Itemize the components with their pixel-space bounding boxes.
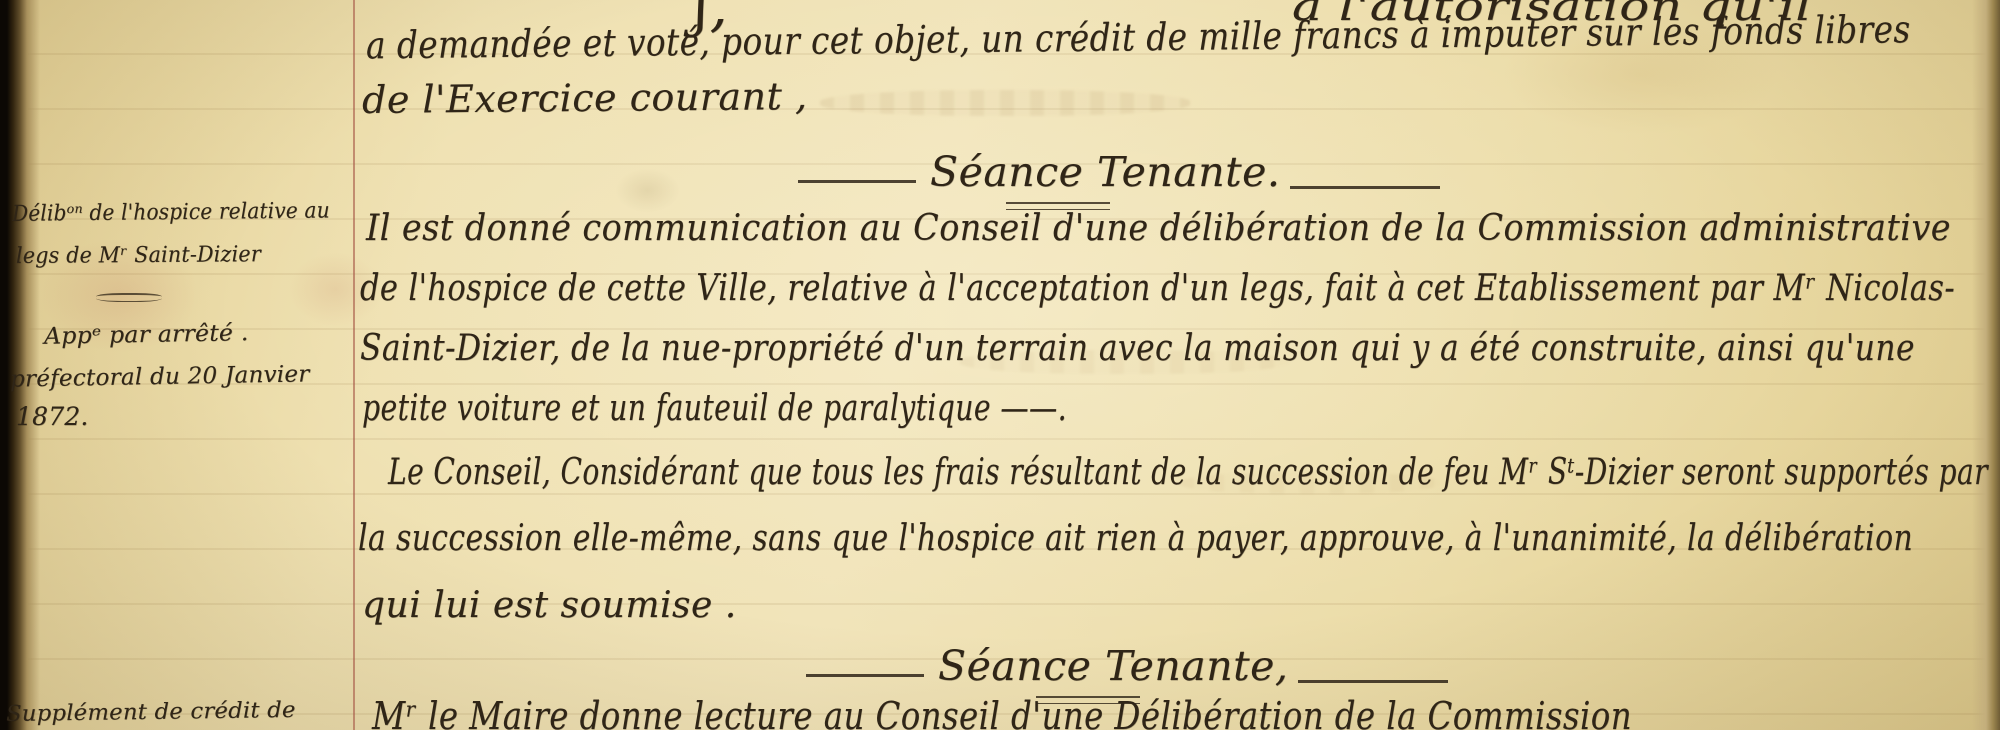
stain	[615, 168, 680, 213]
paragraph-1-line-2: de l'hospice de cette Ville, relative à …	[360, 268, 2000, 309]
manuscript-line-text: la succession elle-même, sans que l'hosp…	[358, 518, 1913, 559]
bottom-cut-line: Mʳ le Maire donne lecture au Conseil d'u…	[372, 694, 1849, 730]
margin-note-text: Appᵉ par arrêté .	[44, 320, 249, 350]
binding-edge	[0, 0, 44, 730]
manuscript-line-text: petite voiture et un fauteuil de paralyt…	[362, 388, 1067, 429]
intro-line-2-text: de l'Exercice courant ,	[362, 74, 808, 122]
heading-rule-right	[1298, 680, 1448, 683]
paragraph-1-line-4: petite voiture et un fauteuil de paralyt…	[362, 388, 1260, 429]
heading-rule-left	[798, 180, 916, 183]
heading-title: Séance Tenante.	[930, 148, 1280, 196]
paragraph-2-line-1: Le Conseil, Considérant que tous les fra…	[388, 452, 2000, 493]
manuscript-line-text: qui lui est soumise .	[362, 585, 737, 626]
paragraph-2-line-2: la succession elle-même, sans que l'hosp…	[358, 518, 2000, 559]
section-heading-2: Séance Tenante,	[806, 642, 1448, 690]
margin-rule-line	[353, 0, 355, 730]
margin-note-approval-line2: préfectoral du 20 Janvier	[10, 361, 308, 392]
bleedthrough-streak	[820, 90, 1190, 116]
manuscript-line-text: Il est donné communication au Conseil d'…	[366, 208, 1951, 249]
margin-note-deliberation-line1: Délibᵒⁿ de l'hospice relative au	[12, 198, 360, 227]
section-heading-1: Séance Tenante.	[798, 148, 1440, 196]
margin-note-deliberation-line2: legs de Mʳ Saint-Dizier	[16, 242, 277, 269]
margin-note-text: préfectoral du 20 Janvier	[10, 361, 310, 392]
intro-line-1: a demandée et voté, pour cet objet, un c…	[366, 5, 2000, 68]
manuscript-line-text: Saint-Dizier, de la nue-propriété d'un t…	[360, 328, 1915, 369]
manuscript-line-text: de l'hospice de cette Ville, relative à …	[360, 268, 1955, 309]
heading-rule-left	[806, 674, 924, 677]
paragraph-2-line-3: qui lui est soumise .	[362, 585, 737, 626]
margin-note-supplement-fragment: Supplément de crédit de	[6, 698, 286, 727]
margin-note-text: Supplément de crédit de	[6, 698, 296, 727]
margin-note-text: 1872.	[16, 402, 89, 431]
manuscript-line-text: Le Conseil, Considérant que tous les fra…	[388, 452, 1988, 493]
margin-note-text: Délibᵒⁿ de l'hospice relative au	[12, 198, 330, 226]
margin-note-approval-line1: Appᵉ par arrêté .	[44, 320, 244, 349]
intro-line-1-text: a demandée et voté, pour cet objet, un c…	[366, 7, 1911, 67]
paragraph-1-line-3: Saint-Dizier, de la nue-propriété d'un t…	[360, 328, 2000, 369]
margin-underline-squiggle	[96, 293, 162, 302]
heading-rule-right	[1290, 186, 1440, 189]
margin-note-approval-line3: 1872.	[16, 402, 89, 431]
intro-line-2: de l'Exercice courant ,	[362, 74, 808, 122]
paragraph-1-line-1: Il est donné communication au Conseil d'…	[366, 208, 2000, 249]
page-scan: ʃ, à l'autorisation qu'il a demandée et …	[0, 0, 2000, 730]
heading-title: Séance Tenante,	[938, 642, 1288, 690]
margin-note-text: legs de Mʳ Saint-Dizier	[16, 242, 261, 269]
manuscript-line-text: Mʳ le Maire donne lecture au Conseil d'u…	[372, 694, 1632, 730]
